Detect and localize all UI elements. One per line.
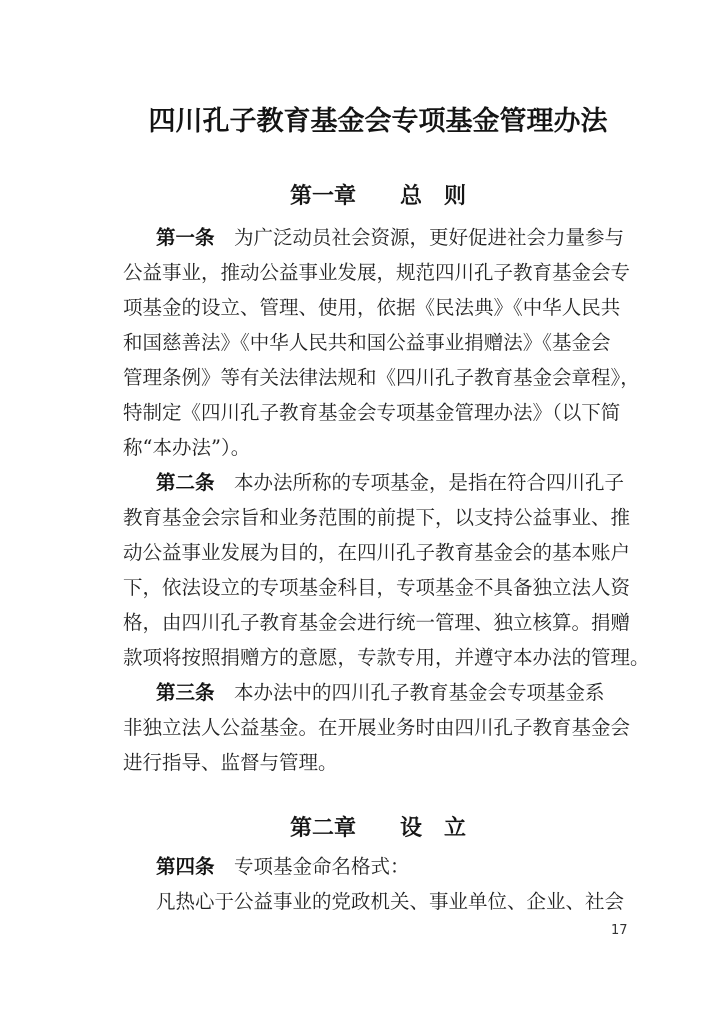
line-text: 教育基金会宗旨和业务范围的前提下，以支持公益事业、推 <box>123 506 630 529</box>
text-line: 第一条 为广泛动员社会资源，更好促进社会力量参与 <box>123 220 633 255</box>
text-line: 第四条 专项基金命名格式： <box>123 849 633 884</box>
line-text: 专项基金命名格式： <box>215 855 410 878</box>
line-text: 本办法中的四川孔子教育基金会专项基金系 <box>215 681 605 704</box>
line-text: 特制定《四川孔子教育基金会专项基金管理办法》（以下简 <box>123 401 620 424</box>
chapter-2-body: 第四条 专项基金命名格式：凡热心于公益事业的党政机关、事业单位、企业、社会 <box>123 849 633 919</box>
text-line: 项基金的设立、管理、使用，依据《民法典》《中华人民共 <box>123 290 633 325</box>
article-label: 第三条 <box>156 681 215 704</box>
line-text: 项基金的设立、管理、使用，依据《民法典》《中华人民共 <box>123 296 620 319</box>
line-text: 称“本办法”）。 <box>123 436 250 459</box>
text-line: 凡热心于公益事业的党政机关、事业单位、企业、社会 <box>123 884 633 919</box>
page-number: 17 <box>611 923 628 939</box>
line-text: 管理条例》等有关法律法规和《四川孔子教育基金会章程》， <box>123 366 640 389</box>
text-line: 教育基金会宗旨和业务范围的前提下，以支持公益事业、推 <box>123 500 633 535</box>
line-text: 格，由四川孔子教育基金会进行统一管理、独立核算。捐赠 <box>123 611 630 634</box>
chapter-2-heading: 第二章 设 立 <box>123 812 633 845</box>
document-title: 四川孔子教育基金会专项基金管理办法 <box>123 103 633 141</box>
text-line: 款项将按照捐赠方的意愿，专款专用，并遵守本办法的管理。 <box>123 640 633 675</box>
article-label: 第一条 <box>156 226 215 249</box>
chapter-1-heading: 第一章 总 则 <box>123 180 633 213</box>
text-line: 特制定《四川孔子教育基金会专项基金管理办法》（以下简 <box>123 395 633 430</box>
line-text: 下，依法设立的专项基金科目，专项基金不具备独立法人资 <box>123 576 630 599</box>
line-text: 凡热心于公益事业的党政机关、事业单位、企业、社会 <box>156 890 624 913</box>
text-line: 第三条 本办法中的四川孔子教育基金会专项基金系 <box>123 675 633 710</box>
line-text: 为广泛动员社会资源，更好促进社会力量参与 <box>215 226 625 249</box>
text-line: 称“本办法”）。 <box>123 430 633 465</box>
line-text: 非独立法人公益基金。在开展业务时由四川孔子教育基金会 <box>123 716 630 739</box>
text-line: 进行指导、监督与管理。 <box>123 745 633 780</box>
line-text: 公益事业，推动公益事业发展，规范四川孔子教育基金会专 <box>123 261 630 284</box>
chapter-1-body: 第一条 为广泛动员社会资源，更好促进社会力量参与公益事业，推动公益事业发展，规范… <box>123 220 633 780</box>
text-line: 第二条 本办法所称的专项基金，是指在符合四川孔子 <box>123 465 633 500</box>
article-label: 第二条 <box>156 471 215 494</box>
text-line: 非独立法人公益基金。在开展业务时由四川孔子教育基金会 <box>123 710 633 745</box>
text-line: 和国慈善法》《中华人民共和国公益事业捐赠法》《基金会 <box>123 325 633 360</box>
line-text: 和国慈善法》《中华人民共和国公益事业捐赠法》《基金会 <box>123 331 611 354</box>
text-line: 公益事业，推动公益事业发展，规范四川孔子教育基金会专 <box>123 255 633 290</box>
line-text: 本办法所称的专项基金，是指在符合四川孔子 <box>215 471 625 494</box>
article-label: 第四条 <box>156 855 215 878</box>
line-text: 动公益事业发展为目的，在四川孔子教育基金会的基本账户 <box>123 541 630 564</box>
line-text: 进行指导、监督与管理。 <box>123 751 338 774</box>
text-line: 下，依法设立的专项基金科目，专项基金不具备独立法人资 <box>123 570 633 605</box>
text-line: 动公益事业发展为目的，在四川孔子教育基金会的基本账户 <box>123 535 633 570</box>
document-page: 四川孔子教育基金会专项基金管理办法 第一章 总 则 第一条 为广泛动员社会资源，… <box>0 0 720 1018</box>
text-line: 格，由四川孔子教育基金会进行统一管理、独立核算。捐赠 <box>123 605 633 640</box>
line-text: 款项将按照捐赠方的意愿，专款专用，并遵守本办法的管理。 <box>123 646 650 669</box>
text-line: 管理条例》等有关法律法规和《四川孔子教育基金会章程》， <box>123 360 633 395</box>
